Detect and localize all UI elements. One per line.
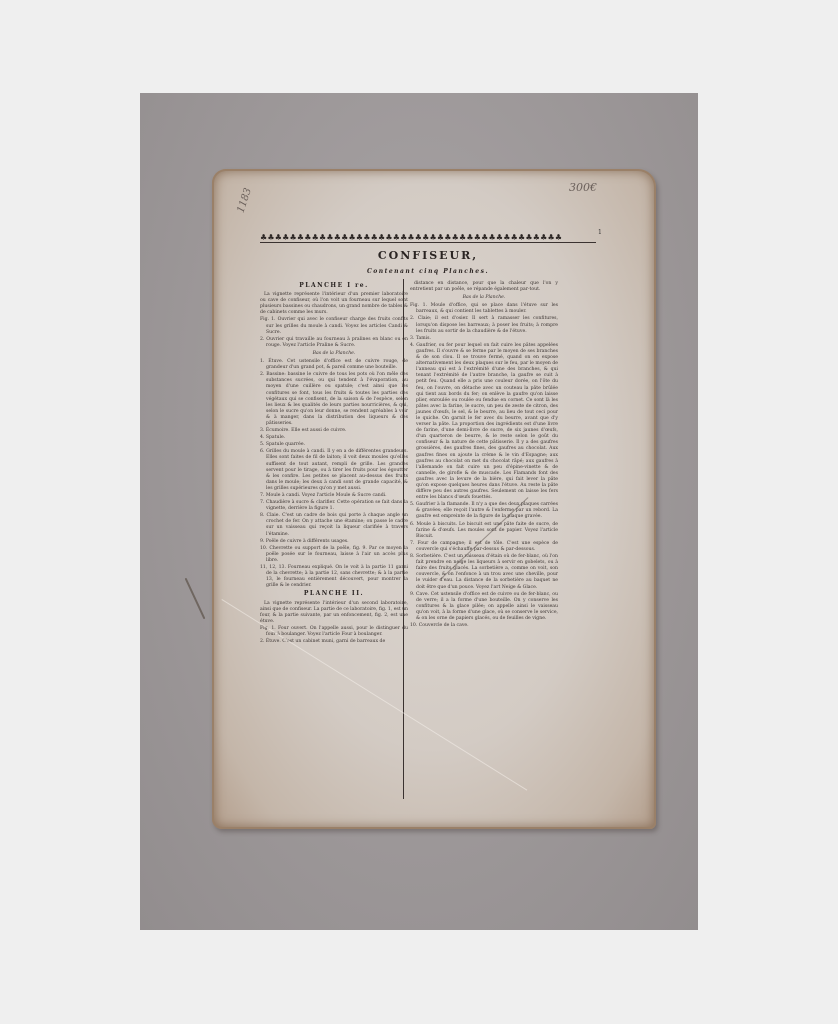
plate-2-item: 2. Claie; il est d'osier. Il sert à rama… xyxy=(410,316,558,334)
plate-1-item: 3. Écumoire. Elle est aussi de cuivre. xyxy=(260,428,408,434)
plate-2-item: 7. Four de campagne; il est de tôle. C'e… xyxy=(410,541,558,553)
plate-2-item: 4. Gaufrier, ou fer pour lequel on fait … xyxy=(410,343,558,501)
plate-2-item: 10. Couvercle de la cave. xyxy=(410,623,558,629)
plate-1-item: 4. Spatule. xyxy=(260,435,408,441)
plate-2-item: Fig. 1. Moule d'office, qui se place dan… xyxy=(410,303,558,315)
plate-1-item: 7. Moule à candi. Voyez l'article Moule … xyxy=(260,493,408,499)
plate-1-intro: La vignette représente l'intérieur d'un … xyxy=(260,292,408,316)
page-number: 1 xyxy=(598,229,602,236)
handwritten-number-left: 1183 xyxy=(236,187,254,215)
plate-1-subheading: Bas de la Planche. xyxy=(260,351,408,357)
plate-1-heading: PLANCHE I re. xyxy=(260,283,408,289)
plate-2-fig: Fig. 1. Four ouvert. On l'appelle aussi,… xyxy=(260,626,408,638)
handwritten-price-right: 300€ xyxy=(569,181,597,194)
plate-1-item: 10. Chevrette ou support de la poêle, fi… xyxy=(260,546,408,564)
plate-1-item: 9. Poêle de cuivre à différents usages. xyxy=(260,539,408,545)
document-page: 1183 300€ 1 ♣♣♣♣♣♣♣♣♣♣♣♣♣♣♣♣♣♣♣♣♣♣♣♣♣♣♣♣… xyxy=(212,169,656,829)
plate-1-item: 5. Spatule quarrée. xyxy=(260,442,408,448)
document-subtitle: Contenant cinq Planches. xyxy=(260,268,596,275)
plate-2-item: 3. Tamis. xyxy=(410,336,558,342)
document-title: CONFISEUR, xyxy=(260,249,596,262)
plate-2-item: 5. Gaufrier à la flamande. Il n'y a que … xyxy=(410,502,558,520)
right-column: distance en distance, pour que la chaleu… xyxy=(410,281,558,630)
plate-1-item: 7. Chaudière à sucre & clarifier. Cette … xyxy=(260,500,408,512)
plate-1-item: 1. Étuve. Cet ustensile d'office est de … xyxy=(260,359,408,371)
plate-1-fig: Fig. 1. Ouvrier qui avec le confiseur ch… xyxy=(260,317,408,335)
column-divider xyxy=(403,279,404,799)
plate-1-fig: 2. Ouvrier qui travaille au fourneau à p… xyxy=(260,337,408,349)
binding-thread xyxy=(185,578,206,620)
photograph: 1183 300€ 1 ♣♣♣♣♣♣♣♣♣♣♣♣♣♣♣♣♣♣♣♣♣♣♣♣♣♣♣♣… xyxy=(140,93,698,930)
plate-2-item: 8. Sorbetière. C'est un vaisseau d'étain… xyxy=(410,554,558,591)
plate-2-intro: La vignette représente l'intérieur d'un … xyxy=(260,601,408,625)
plate-2-heading: PLANCHE II. xyxy=(260,591,408,597)
continuation-text: distance en distance, pour que la chaleu… xyxy=(410,281,558,293)
plate-1-item: 6. Grilles du moule à candi. Il y en a d… xyxy=(260,449,408,492)
plate-1-item: 2. Bassine: bassine le cuivre de tous le… xyxy=(260,372,408,427)
plate-1-item: 8. Claie. C'est un cadre de bois qui por… xyxy=(260,513,408,537)
plate-2-fig: 2. Étuve. C'est un cabinet muni, garni d… xyxy=(260,639,408,645)
left-column: PLANCHE I re. La vignette représente l'i… xyxy=(260,281,408,646)
ornament-border-icon: ♣♣♣♣♣♣♣♣♣♣♣♣♣♣♣♣♣♣♣♣♣♣♣♣♣♣♣♣♣♣♣♣♣♣♣♣♣♣♣♣… xyxy=(260,233,596,243)
plate-1-item: 11, 12, 13. Fourneau expliqué. On le voi… xyxy=(260,565,408,589)
plate-2-subheading: Bas de la Planche. xyxy=(410,295,558,301)
plate-2-item: 9. Cave. Cet ustensile d'office est de c… xyxy=(410,592,558,622)
